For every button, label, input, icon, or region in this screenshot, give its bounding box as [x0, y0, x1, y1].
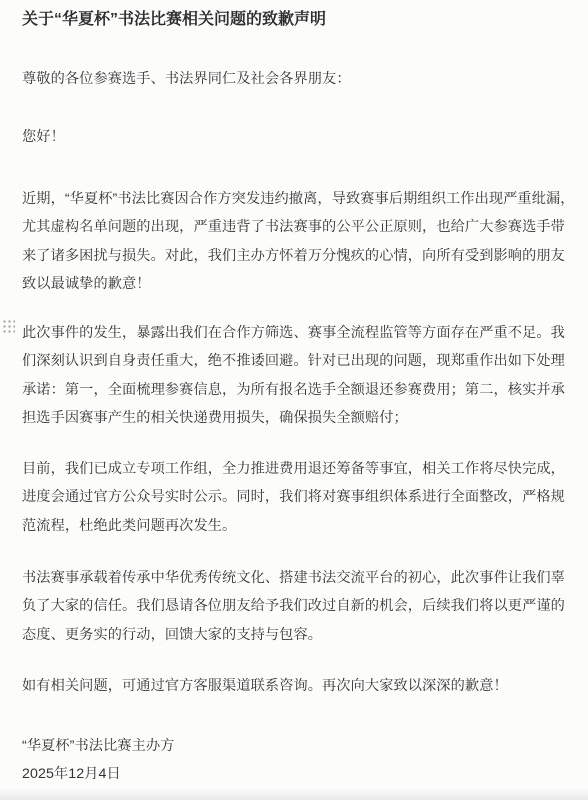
paragraph-commitments-line-1: 此次事件的发生，暴露出我们在合作方筛选、赛事全流程监管等方面存在严重不足。我: [22, 319, 580, 347]
paragraph-incident-line-3: 来了诸多困扰与损失。对此，我们主办方怀着万分愧疚的心情，向所有受到影响的朋友: [22, 242, 580, 270]
paragraph-trust-line-1: 书法赛事承载着传承中华优秀传统文化、搭建书法交流平台的初心，此次事件让我们辜: [22, 564, 580, 592]
paragraph-commitments-line-3: 承诺：第一，全面梳理参赛信息，为所有报名选手全额退还参赛费用；第二，核实并承: [22, 376, 580, 404]
page-title: 关于“华夏杯”书法比赛相关问题的致歉声明: [22, 6, 580, 34]
paragraph-trust-line-2: 负了大家的信任。我们恳请各位朋友给予我们改过自新的机会，后续我们将以更严谨的: [22, 592, 580, 620]
paragraph-incident-line-2: 尤其虚构名单问题的出现，严重违背了书法赛事的公平公正原则，也给广大参赛选手带: [22, 213, 580, 241]
paragraph-commitments-line-2: 们深刻认识到自身责任重大，绝不推诿回避。针对已出现的问题，现郑重作出如下处理: [22, 347, 580, 375]
bottom-edge-bar: [0, 789, 588, 800]
paragraph-commitments-line-4: 担选手因赛事产生的相关快递费用损失，确保损失全额赔付；: [22, 404, 580, 432]
paragraph-incident: 近期，“华夏杯”书法比赛因合作方突发违约撤离，导致赛事后期组织工作出现严重纰漏，…: [22, 185, 580, 299]
paragraph-commitments: 此次事件的发生，暴露出我们在合作方筛选、赛事全流程监管等方面存在严重不足。我 们…: [22, 319, 580, 433]
paragraph-progress-line-2: 进度会通过官方公众号实时公示。同时，我们将对赛事组织体系进行全面整改，严格规: [22, 483, 580, 511]
signature-line: “华夏杯”书法比赛主办方: [22, 732, 580, 760]
closing-line: 如有相关问题，可通过官方客服渠道联系咨询。再次向大家致以深深的歉意！: [22, 672, 580, 700]
paragraph-progress-line-1: 目前，我们已成立专项工作组，全力推进费用退还筹备等事宜，相关工作将尽快完成，: [22, 455, 580, 483]
salutation-line: 尊敬的各位参赛选手、书法界同仁及社会各界朋友：: [22, 65, 580, 93]
paragraph-drag-handle-icon[interactable]: [2, 319, 15, 333]
greeting-line: 您好！: [22, 123, 580, 151]
paragraph-trust: 书法赛事承载着传承中华优秀传统文化、搭建书法交流平台的初心，此次事件让我们辜 负…: [22, 564, 580, 649]
date-line: 2025年12月4日: [22, 760, 580, 788]
signature-block: “华夏杯”书法比赛主办方 2025年12月4日: [22, 732, 580, 789]
paragraph-progress-line-3: 范流程，杜绝此类问题再次发生。: [22, 512, 580, 540]
paragraph-trust-line-3: 态度、更务实的行动，回馈大家的支持与包容。: [22, 621, 580, 649]
paragraph-progress: 目前，我们已成立专项工作组，全力推进费用退还筹备等事宜，相关工作将尽快完成， 进…: [22, 455, 580, 540]
apology-statement-page: 关于“华夏杯”书法比赛相关问题的致歉声明 尊敬的各位参赛选手、书法界同仁及社会各…: [0, 0, 588, 800]
paragraph-incident-line-1: 近期，“华夏杯”书法比赛因合作方突发违约撤离，导致赛事后期组织工作出现严重纰漏，: [22, 185, 580, 213]
paragraph-incident-line-4: 致以最诚挚的歉意！: [22, 270, 580, 298]
